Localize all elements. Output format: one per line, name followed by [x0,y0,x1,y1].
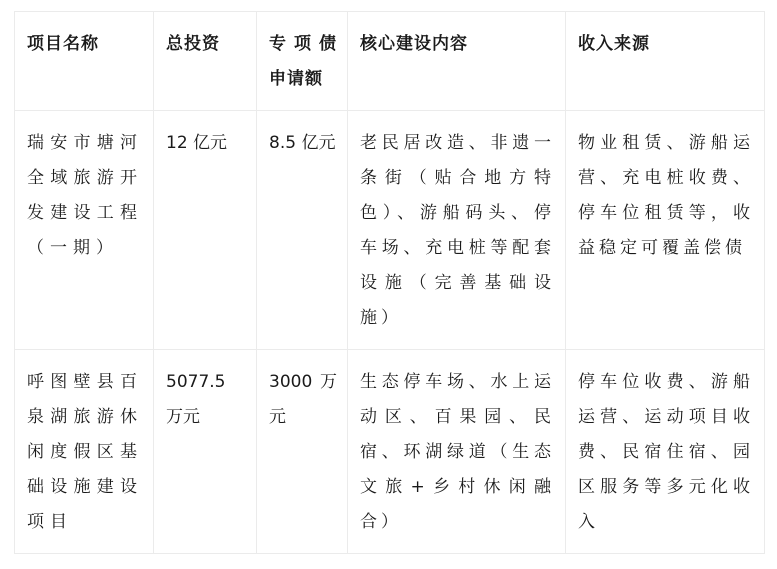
project-table: 项目名称 总投资 专项债申请额 核心建设内容 收入来源 瑞安市塘河全域旅游开发建… [14,11,765,554]
cell-special-bond-amount: 8.5 亿元 [257,111,348,350]
table-row: 瑞安市塘河全域旅游开发建设工程（一期） 12 亿元 8.5 亿元 老民居改造、非… [15,111,765,350]
table-row: 呼图壁县百泉湖旅游休闲度假区基础设施建设项目 5077.5 万元 3000 万元… [15,350,765,554]
header-project-name: 项目名称 [15,12,154,111]
table-header-row: 项目名称 总投资 专项债申请额 核心建设内容 收入来源 [15,12,765,111]
cell-core-construction: 老民居改造、非遗一条街（贴合地方特色）、游船码头、停车场、充电桩等配套设施（完善… [348,111,566,350]
cell-core-construction: 生态停车场、水上运动区、百果园、民宿、环湖绿道（生态文旅+乡村休闲融合） [348,350,566,554]
cell-revenue-source: 物业租赁、游船运营、充电桩收费、停车位租赁等，收益稳定可覆盖偿债 [566,111,765,350]
cell-total-investment: 12 亿元 [154,111,257,350]
cell-total-investment: 5077.5 万元 [154,350,257,554]
header-revenue-source: 收入来源 [566,12,765,111]
cell-revenue-source: 停车位收费、游船运营、运动项目收费、民宿住宿、园区服务等多元化收入 [566,350,765,554]
header-total-investment: 总投资 [154,12,257,111]
cell-project-name: 呼图壁县百泉湖旅游休闲度假区基础设施建设项目 [15,350,154,554]
cell-special-bond-amount: 3000 万元 [257,350,348,554]
header-special-bond-amount: 专项债申请额 [257,12,348,111]
cell-project-name: 瑞安市塘河全域旅游开发建设工程（一期） [15,111,154,350]
header-core-construction: 核心建设内容 [348,12,566,111]
